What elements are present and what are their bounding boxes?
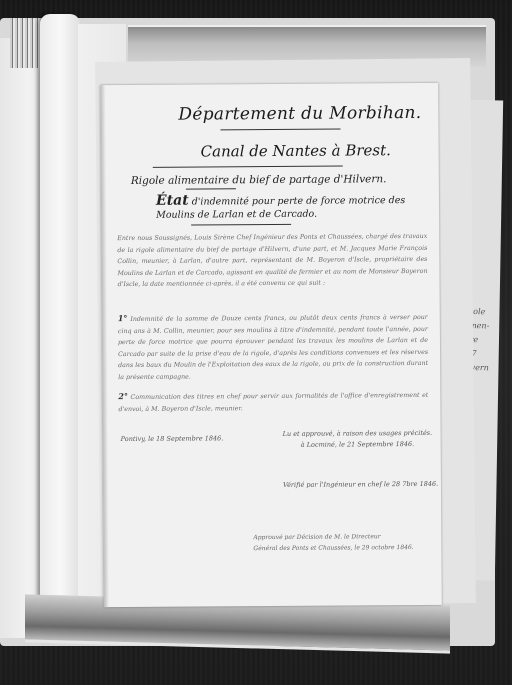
- department-heading-text: Département du Morbihan.: [178, 103, 421, 125]
- left-margin-marks: [2, 238, 32, 398]
- paragraph-intro: Entre nous Soussignés, Louis Sirène Chef…: [117, 231, 427, 291]
- heading-underline: [186, 188, 236, 189]
- article-number: 2°: [118, 391, 128, 401]
- folder-spine: [40, 14, 80, 639]
- canal-heading: Canal de Nantes à Brest.: [201, 141, 431, 161]
- rigole-heading: Rigole alimentaire du bief de partage d'…: [131, 173, 431, 187]
- etat-word: État: [156, 193, 189, 209]
- etat-subtitle: d'indemnité pour perte de force motrice …: [156, 195, 405, 221]
- etat-heading: État d'indemnité pour perte de force mot…: [156, 193, 426, 222]
- heading-underline: [191, 224, 291, 226]
- signature-line: à Locminé, le 21 Septembre 1846.: [283, 439, 433, 451]
- heading-underline: [153, 165, 343, 167]
- approval-note: Approuvé par Décision de M. le Directeur…: [253, 531, 433, 554]
- manuscript-page: Département du Morbihan. Canal de Nantes…: [100, 83, 442, 607]
- approval-line: Général des Ponts et Chaussées, le 29 oc…: [253, 542, 433, 554]
- paragraph-article-1: 1° Indemnité de la somme de Douze cents …: [118, 311, 428, 383]
- heading-underline: [220, 129, 340, 131]
- signature-place-date-left: Pontivy, le 18 Septembre 1846.: [121, 434, 224, 443]
- signature-block-right: Lu et approuvé, à raison des usages préc…: [283, 428, 433, 451]
- article-text: Communication des titres en chef pour se…: [118, 392, 428, 413]
- department-heading: Département du Morbihan.: [178, 103, 448, 125]
- paragraph-article-2: 2° Communication des titres en chef pour…: [118, 389, 428, 415]
- folder-spine-edges: [10, 18, 42, 68]
- article-number: 1°: [118, 313, 128, 323]
- verification-note: Vérifié par l'Ingénieur en chef le 28 7b…: [283, 480, 438, 489]
- article-text: Indemnité de la somme de Douze cents fra…: [118, 314, 428, 381]
